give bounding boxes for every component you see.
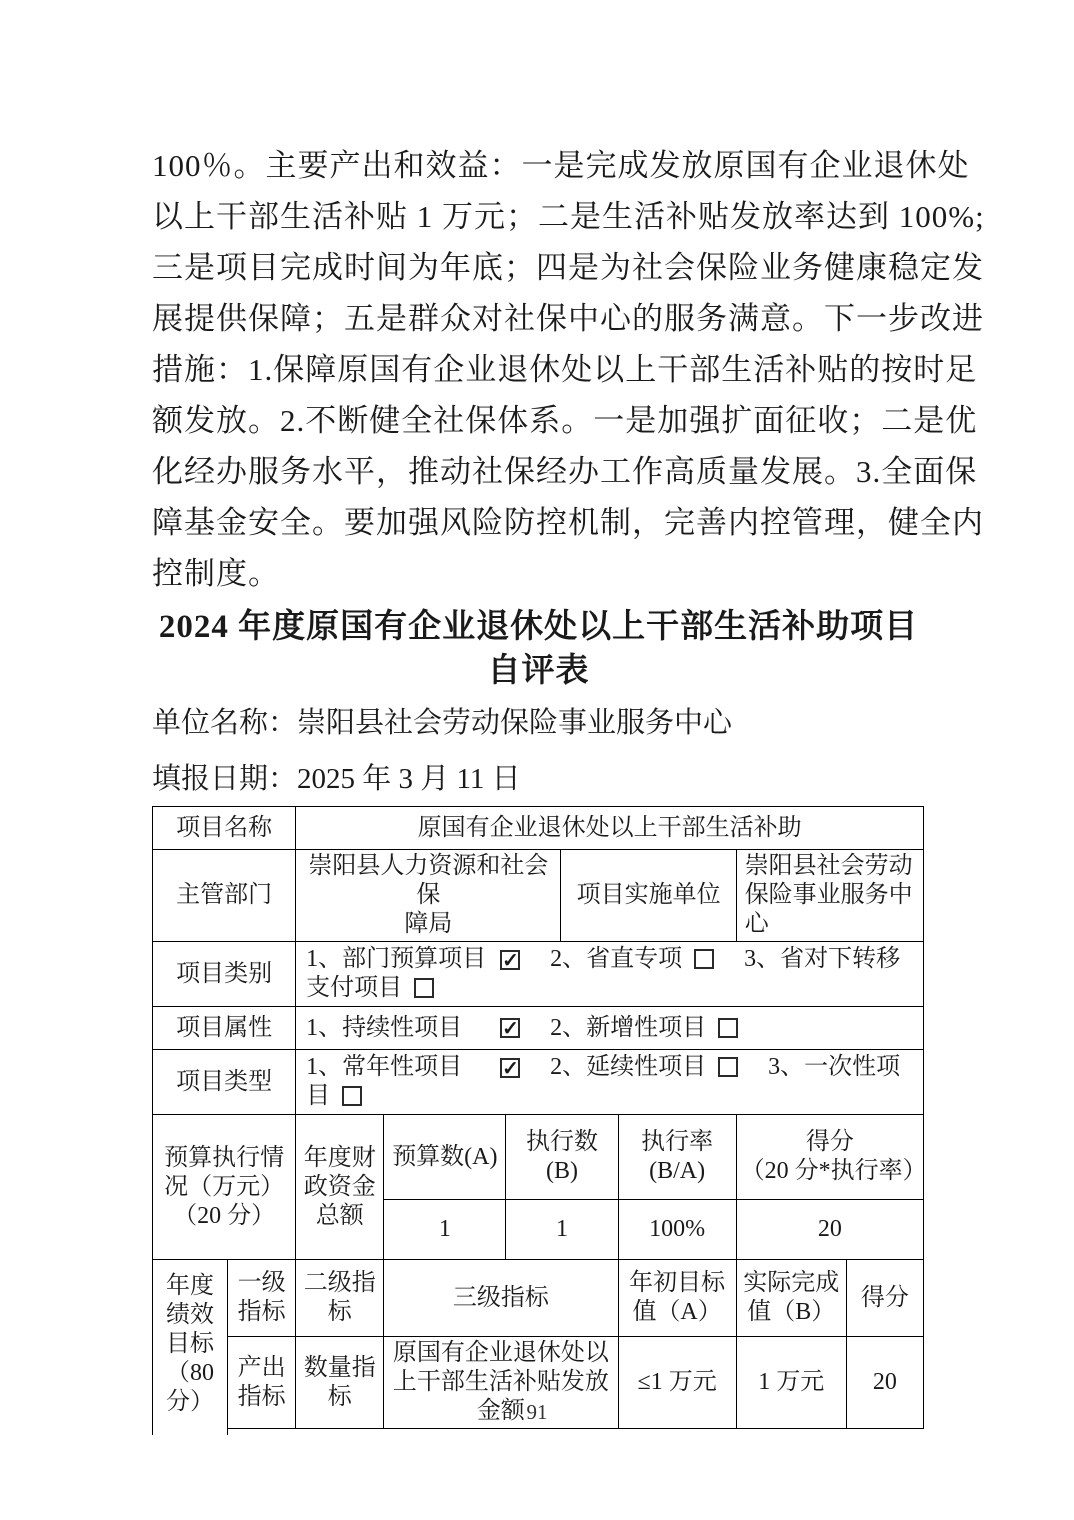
perf-header-actual: 实际完成 值（B）	[736, 1260, 846, 1337]
checkbox-unchecked-icon[interactable]	[342, 1086, 362, 1106]
option-item: 2、延续性项目	[550, 1054, 738, 1080]
paragraph-line: 100％。主要产出和效益：一是完成发放原国有企业退休处	[152, 140, 925, 191]
budget-header-score: 得分 （20 分*执行率）	[736, 1115, 923, 1200]
paragraph-line: 展提供保障；五是群众对社保中心的服务满意。下一步改进	[152, 293, 925, 344]
row-label-type: 项目类型	[153, 1050, 296, 1115]
budget-header-executed: 执行数 (B)	[506, 1115, 618, 1200]
budget-header-planned: 预算数(A)	[384, 1115, 506, 1200]
checkbox-unchecked-icon[interactable]	[694, 949, 714, 969]
type-options: 1、常年性项目2、延续性项目3、一次性项目	[296, 1050, 924, 1115]
impl-unit-label: 项目实施单位	[561, 850, 736, 942]
attribute-options: 1、持续性项目2、新增性项目	[296, 1007, 924, 1050]
option-item: 1、常年性项目	[306, 1053, 520, 1082]
checkbox-unchecked-icon[interactable]	[414, 978, 434, 998]
perf-header-level3: 三级指标	[384, 1260, 618, 1337]
row-label-project-name: 项目名称	[153, 807, 296, 850]
table-cut-border-right	[227, 1429, 228, 1435]
perf-header-level2: 二级指 标	[296, 1260, 384, 1337]
row-label-category: 项目类别	[153, 942, 296, 1007]
checkbox-unchecked-icon[interactable]	[718, 1018, 738, 1038]
option-item: 2、新增性项目	[550, 1015, 738, 1041]
paragraph-line: 三是项目完成时间为年底；四是为社会保险业务健康稳定发	[152, 242, 925, 293]
budget-score-value: 20	[736, 1200, 923, 1260]
paragraph-line: 化经办服务水平，推动社保经办工作高质量发展。3.全面保	[152, 446, 925, 497]
table-row-departments: 主管部门 崇阳县人力资源和社会保 障局 项目实施单位 崇阳县社会劳动保险事业服务…	[153, 850, 924, 942]
option-label: 2、延续性项目	[550, 1054, 706, 1080]
report-date-line: 填报日期：2025 年 3 月 11 日	[152, 759, 925, 799]
perf-header-score: 得分	[846, 1260, 923, 1337]
document-page: 100％。主要产出和效益：一是完成发放原国有企业退休处 以上干部生活补贴 1 万…	[0, 0, 1074, 1520]
perf-header-target: 年初目标 值（A）	[618, 1260, 736, 1337]
checkbox-checked-icon[interactable]	[500, 1058, 520, 1078]
paragraph-line: 措施：1.保障原国有企业退休处以上干部生活补贴的按时足	[152, 344, 925, 395]
checkbox-checked-icon[interactable]	[500, 950, 520, 970]
budget-executed-value: 1	[506, 1200, 618, 1260]
budget-planned-value: 1	[384, 1200, 506, 1260]
dept-value: 崇阳县人力资源和社会保 障局	[296, 850, 561, 942]
option-item: 2、省直专项	[550, 946, 714, 972]
unit-name-line: 单位名称：崇阳县社会劳动保险事业服务中心	[152, 703, 925, 743]
option-item: 1、持续性项目	[306, 1014, 520, 1043]
budget-fund-label: 年度财 政资金 总额	[296, 1115, 384, 1260]
self-evaluation-table: 项目名称 原国有企业退休处以上干部生活补助 主管部门 崇阳县人力资源和社会保 障…	[152, 806, 925, 1429]
paragraph-line: 额发放。2.不断健全社保体系。一是加强扩面征收；二是优	[152, 395, 925, 446]
option-label: 1、持续性项目	[306, 1014, 462, 1043]
option-label: 2、新增性项目	[550, 1015, 706, 1041]
option-label: 1、部门预算项目	[306, 945, 486, 974]
table-row-project-name: 项目名称 原国有企业退休处以上干部生活补助	[153, 807, 924, 850]
paragraph-line: 以上干部生活补贴 1 万元；二是生活补贴发放率达到 100%;	[152, 191, 925, 242]
category-options: 1、部门预算项目2、省直专项3、省对下转移支付项目	[296, 942, 924, 1007]
intro-paragraph: 100％。主要产出和效益：一是完成发放原国有企业退休处 以上干部生活补贴 1 万…	[152, 0, 925, 599]
row-label-attribute: 项目属性	[153, 1007, 296, 1050]
row-label-budget: 预算执行情 况（万元） （20 分）	[153, 1115, 296, 1260]
table-row-performance-header: 年度 绩效 目标 （80 分） 一级 指标 二级指 标 三级指标 年初目标 值（…	[153, 1260, 924, 1337]
impl-unit-value: 崇阳县社会劳动保险事业服务中心	[736, 850, 923, 942]
row-label-dept: 主管部门	[153, 850, 296, 942]
table-cut-border-left	[152, 1429, 153, 1435]
budget-header-rate: 执行率 (B/A)	[618, 1115, 736, 1200]
checkbox-checked-icon[interactable]	[500, 1018, 520, 1038]
option-label: 1、常年性项目	[306, 1053, 462, 1082]
page-number: 91	[0, 1400, 1074, 1425]
project-name-value: 原国有企业退休处以上干部生活补助	[296, 807, 924, 850]
paragraph-line: 障基金安全。要加强风险防控机制，完善内控管理，健全内	[152, 497, 925, 548]
table-row-project-attribute: 项目属性 1、持续性项目2、新增性项目	[153, 1007, 924, 1050]
budget-rate-value: 100%	[618, 1200, 736, 1260]
page-content: 100％。主要产出和效益：一是完成发放原国有企业退休处 以上干部生活补贴 1 万…	[152, 0, 925, 1429]
perf-header-level1: 一级 指标	[228, 1260, 296, 1337]
option-label: 2、省直专项	[550, 946, 682, 972]
checkbox-unchecked-icon[interactable]	[718, 1057, 738, 1077]
table-row-budget-header: 预算执行情 况（万元） （20 分） 年度财 政资金 总额 预算数(A) 执行数…	[153, 1115, 924, 1200]
option-item: 1、部门预算项目	[306, 945, 520, 974]
table-row-project-type: 项目类型 1、常年性项目2、延续性项目3、一次性项目	[153, 1050, 924, 1115]
table-row-project-category: 项目类别 1、部门预算项目2、省直专项3、省对下转移支付项目	[153, 942, 924, 1007]
paragraph-line: 控制度。	[152, 548, 925, 599]
page-title: 2024 年度原国有企业退休处以上干部生活补助项目自评表	[152, 605, 925, 693]
